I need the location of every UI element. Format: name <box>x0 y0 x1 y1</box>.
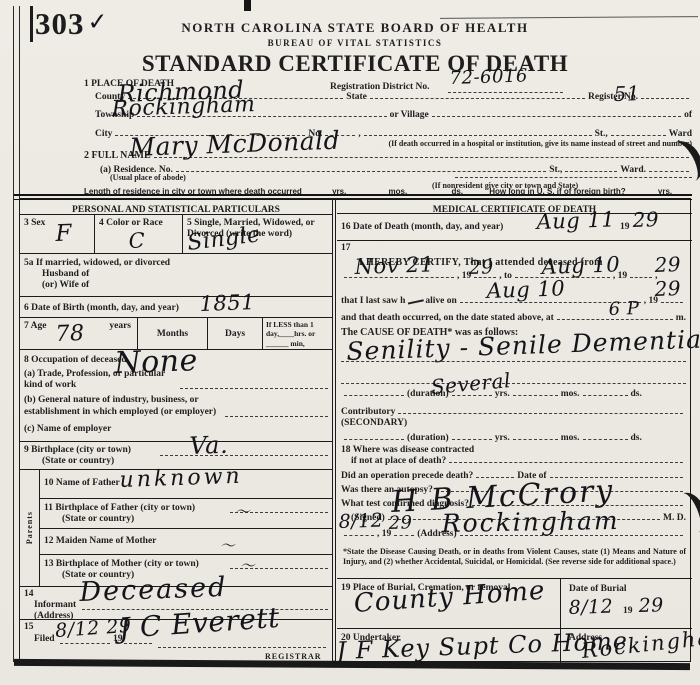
marital-cell: 5 Single, Married, Widowed, or Divorced … <box>183 215 332 253</box>
burial-date-label: Date of Burial <box>569 584 627 594</box>
particulars-box: PERSONAL AND STATISTICAL PARTICULARS 3 S… <box>19 198 691 662</box>
personal-header-row: PERSONAL AND STATISTICAL PARTICULARS <box>20 199 332 214</box>
occupation-label: 8 Occupation of deceased <box>24 355 127 365</box>
medical-column: MEDICAL CERTIFICATE OF DEATH 16 Date of … <box>337 199 692 661</box>
sex-label: 3 Sex <box>24 218 45 228</box>
register-blank <box>641 96 689 99</box>
attended-to-year-value: 29 <box>654 252 681 277</box>
hospital-note: (If death occurred in a hospital or inst… <box>332 139 692 148</box>
burial-year-value: 29 <box>638 594 664 617</box>
personal-column: PERSONAL AND STATISTICAL PARTICULARS 3 S… <box>20 199 332 661</box>
burial-year-prefix: 19 <box>623 606 633 616</box>
father-birthplace-sub: (State or country) <box>62 514 134 524</box>
attended-from-value: Nov 21 <box>354 252 434 279</box>
duration-ds-blank <box>583 393 628 396</box>
parents-group: Parents 10 Name of Father unknown 11 Bir… <box>20 469 332 586</box>
burial-date-value: 8/12 <box>568 595 613 619</box>
last-saw-year-value: 29 <box>654 276 681 301</box>
operation-blank <box>476 475 514 478</box>
duration2-label: (duration) <box>407 433 449 443</box>
sign-date-value: 8/12 <box>338 509 383 533</box>
mother-birthplace-value: 〜 <box>239 554 255 576</box>
duration-lead-blank <box>344 393 404 396</box>
state-label: State <box>346 92 367 102</box>
residence-st-blank <box>565 169 617 172</box>
attended-from-year-value: 29 <box>468 256 494 279</box>
registration-district-label: Registration District No. <box>330 82 429 92</box>
race-cell: 4 Color or Race C <box>95 215 183 253</box>
age-value: 78 <box>55 321 85 347</box>
parents-rows: 10 Name of Father unknown 11 Birthplace … <box>40 470 332 586</box>
secondary-label: (SECONDARY) <box>341 418 407 428</box>
st-blank <box>611 133 666 136</box>
item5a-label: 5a If married, widowed, or divorced <box>24 258 170 268</box>
father-label: 10 Name of Father <box>44 478 120 488</box>
village-blank <box>432 114 681 117</box>
duration2-yrs: yrs. <box>495 433 510 443</box>
death-certificate-scan: 303 ✓ NORTH CAROLINA STATE BOARD OF HEAL… <box>0 0 700 685</box>
birthplace-blank <box>160 455 328 456</box>
registration-district-value: 72-6016 <box>449 65 528 89</box>
date-of-death-row: 16 Date of Death (month, day, and year) … <box>337 214 692 241</box>
parents-label: Parents <box>25 511 34 544</box>
informant-label: Informant <box>34 600 76 610</box>
father-value: unknown <box>119 464 243 493</box>
alive-on-label: alive on <box>425 296 456 306</box>
duration2-lead-blank <box>344 437 404 440</box>
attended-to-year-blank <box>630 275 652 278</box>
contributory-blank <box>398 411 683 414</box>
checkmark-annotation: ✓ <box>87 7 109 36</box>
dob-value: 1851 <box>199 290 255 316</box>
days-cell: Days <box>208 318 263 349</box>
less-than-cell: If LESS than 1 day,____hrs. or ______ mi… <box>263 318 332 349</box>
occupation-value: None <box>114 343 199 381</box>
registrar-label: REGISTRAR <box>265 652 322 661</box>
race-label: 4 Color or Race <box>99 218 163 228</box>
strikethrough-mark <box>407 291 425 304</box>
where-blank <box>449 460 683 463</box>
column-divider <box>332 199 336 661</box>
duration-mos: mos. <box>561 389 580 399</box>
death-time-value: 6 P <box>608 298 640 320</box>
age-cell: 7 Age 78 years <box>20 318 138 349</box>
mother-birthplace-label: 13 Birthplace of Mother (city or town) <box>44 559 199 569</box>
last-saw-label: that I last saw h <box>341 296 405 306</box>
duration2-mos: mos. <box>561 433 580 443</box>
duration-mos-blank <box>513 393 558 396</box>
filed-label: Filed <box>34 634 55 644</box>
mother-label: 12 Maiden Name of Mother <box>44 536 156 546</box>
contributory-label: Contributory <box>341 407 395 417</box>
sign-year-value: 29 <box>388 512 413 534</box>
certification-block: 17 I HEREBY CERTIFY, That I attended dec… <box>337 241 692 579</box>
birthplace-label: 9 Birthplace (city or town) <box>24 445 131 455</box>
residence-ward-label: Ward. <box>620 165 646 175</box>
sex-cell: 3 Sex F <box>20 215 95 253</box>
days-label: Days <box>225 329 245 339</box>
dod-year-prefix: 19 <box>620 222 630 232</box>
birthplace-value: Va. <box>189 431 229 460</box>
burial-place-cell: 19 Place of Burial, Cremation, or remova… <box>337 579 561 628</box>
filed-num: 15 <box>24 622 34 632</box>
sex-value: F <box>55 220 72 247</box>
duration2-line: (duration) yrs. mos. ds. <box>341 433 686 443</box>
where-contracted-label2: if not at place of death? <box>351 456 446 466</box>
dob-label: 6 Date of Birth (month, day, and year) <box>24 303 179 313</box>
birthplace-sub-label: (State or country) <box>42 456 114 466</box>
occupation-c-label: (c) Name of employer <box>24 424 111 434</box>
cause-footnote: *State the Disease Causing Death, or in … <box>343 547 686 568</box>
father-birthplace-label: 11 Birthplace of Father (city or town) <box>44 503 195 513</box>
city-label: City <box>95 129 112 139</box>
years-label: years <box>109 321 131 331</box>
death-occurred-label: and that death occurred, on the date sta… <box>341 313 554 323</box>
state-blank <box>370 96 585 99</box>
burial-date-cell: Date of Burial 8/12 19 29 <box>561 579 692 628</box>
mother-row: 12 Maiden Name of Mother 〜 <box>40 528 332 554</box>
where-contracted-label: 18 Where was disease contracted <box>341 445 474 455</box>
comma: , <box>358 129 360 139</box>
months-label: Months <box>157 329 188 339</box>
physician-address-value: Rockingham <box>441 506 619 538</box>
birthplace-row: 9 Birthplace (city or town) (State or co… <box>20 441 332 469</box>
last-saw-value: Aug 10 <box>486 276 565 303</box>
abode-note: (Usual place of abode) <box>110 173 186 182</box>
operation-label: Did an operation precede death? <box>341 471 473 481</box>
sign-date-blank <box>344 533 374 536</box>
residence-st-label: St., <box>549 165 562 175</box>
duration2-ds: ds. <box>631 433 642 443</box>
bureau-name: BUREAU OF VITAL STATISTICS <box>140 38 570 48</box>
occupation-b-label: (b) General nature of industry, business… <box>24 395 224 419</box>
father-birthplace-value: 〜 <box>234 500 250 522</box>
undertaker-row: 20 Undertaker J F Key Supt Co Home Addre… <box>337 629 692 666</box>
duration2-yrs-blank <box>452 437 492 440</box>
attended-to-value: Aug 10 <box>541 252 620 279</box>
register-no-value: 51 <box>613 81 640 106</box>
burial-row: 19 Place of Burial, Cremation, or remova… <box>337 579 692 629</box>
occupation-b-blank <box>225 416 328 417</box>
filed-row: 15 Filed 19 8/12 29 J C Everett REGISTRA… <box>20 619 332 663</box>
top-edge-mark <box>244 0 251 11</box>
informant-num: 14 <box>24 589 34 599</box>
informant-value: Deceased <box>79 572 228 608</box>
occupation-row: 8 Occupation of deceased (a) Trade, Prof… <box>20 349 332 441</box>
duration-line: (duration) yrs. mos. ds. <box>341 389 686 399</box>
township-value: Rockingham <box>111 92 256 122</box>
age-label: 7 Age <box>24 321 46 331</box>
father-row: 10 Name of Father unknown <box>40 470 332 498</box>
contributory-line: Contributory <box>341 407 686 417</box>
m-label: m. <box>676 313 686 323</box>
org-name: NORTH CAROLINA STATE BOARD OF HEALTH <box>140 20 570 36</box>
st-label: St., <box>595 129 608 139</box>
dob-row: 6 Date of Birth (month, day, and year) 1… <box>20 296 332 317</box>
of-label: of <box>684 110 692 120</box>
where-contracted-line2: if not at place of death? <box>351 456 686 466</box>
md-label: M. D. <box>663 513 686 523</box>
item17-num: 17 <box>341 243 351 253</box>
wife-label: (or) Wife of <box>42 280 89 290</box>
married-to-row: 5a If married, widowed, or divorced Husb… <box>20 253 332 296</box>
sex-race-row: 3 Sex F 4 Color or Race C 5 Single, Marr… <box>20 214 332 253</box>
cause-blank-2 <box>341 383 686 384</box>
dod-year-value: 29 <box>632 207 659 232</box>
date-of-death-value: Aug 11 <box>536 207 615 234</box>
date-of-death-label: 16 Date of Death (month, day, and year) <box>341 222 503 232</box>
top-right-scan-line <box>440 16 698 19</box>
father-birthplace-row: 11 Birthplace of Father (city or town) (… <box>40 498 332 528</box>
residence-ward-blank <box>649 169 689 172</box>
registrar-sig-blank <box>158 647 326 648</box>
occupation-a-blank <box>180 388 328 389</box>
ward-label: Ward <box>669 129 692 139</box>
race-value: C <box>128 228 145 253</box>
residence-blank <box>176 169 546 172</box>
filed-blank <box>60 643 110 644</box>
nonresident-blank <box>455 177 692 178</box>
duration2-mos-blank <box>513 437 558 440</box>
duration-ds: ds. <box>631 389 642 399</box>
cause-blank-1 <box>341 361 686 362</box>
village-label: or Village <box>390 110 429 120</box>
husband-label: Husband of <box>42 269 89 279</box>
residence-line: (a) Residence. No. St., Ward. <box>100 165 692 175</box>
stamp-number: 303 <box>30 6 85 42</box>
street-blank <box>364 133 592 136</box>
duration2-ds-blank <box>583 437 628 440</box>
parents-gutter: Parents <box>20 470 40 586</box>
mother-value: 〜 <box>219 534 235 556</box>
less-than-label: If LESS than 1 day,____hrs. or ______ mi… <box>266 320 328 348</box>
undertaker-cell: 20 Undertaker J F Key Supt Co Home <box>337 629 561 666</box>
